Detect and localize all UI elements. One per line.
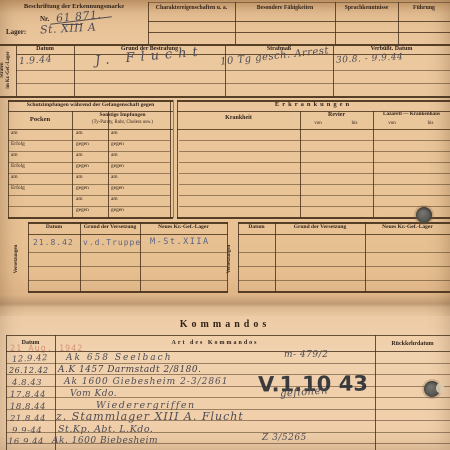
- kdo-row-datum: 9.9-44: [12, 427, 42, 436]
- overline-mark: [62, 24, 82, 25]
- vacc-cell: gegen: [111, 186, 161, 192]
- col-header-skills: Besondere Fähigkeiten: [235, 5, 335, 11]
- transfer-header-datum: Datum: [28, 224, 80, 230]
- col-revier-bis: bis: [336, 121, 373, 127]
- rule: [16, 83, 450, 84]
- punish-row-verbuesst: 30.8. - 9.9.44: [336, 53, 404, 66]
- rule: [6, 363, 450, 364]
- punish-header-datum: Datum: [16, 46, 74, 53]
- vacc-cell: gegen: [111, 208, 161, 214]
- rule: [179, 151, 450, 152]
- transfer-header-lager: Neues Kr.-Gef.-Lager: [140, 224, 227, 230]
- rule: [148, 2, 450, 3]
- vacc-cell: gegen: [111, 164, 161, 170]
- vacc-cell: gegen: [76, 164, 104, 170]
- scanned-pow-record-card: Beschriftung der Erkennungsmarke Nr. 61 …: [0, 0, 450, 450]
- vacc-cell: am: [11, 175, 61, 181]
- rule: [28, 266, 228, 267]
- vacc-cell: am: [76, 197, 104, 203]
- rule: [179, 162, 450, 163]
- kdo-row-datum: 26.12.42: [9, 367, 49, 375]
- col-header-traits: Charaktereigenschaften u. a.: [148, 5, 235, 11]
- transfer-header-lager-r: Neues Kr.-Gef.-Lager: [365, 224, 450, 230]
- illnesses-title: Erkrankungen: [177, 101, 450, 108]
- col-krankheit: Krankheit: [177, 115, 300, 122]
- col-header-conduct: Führung: [398, 5, 450, 11]
- transfer-header-grund-r: Grund der Versetzung: [275, 224, 365, 230]
- vacc-cell: am: [76, 175, 104, 181]
- rule: [8, 151, 170, 152]
- kommandos-title: Kommandos: [0, 319, 450, 330]
- punish-row-datum: 1.9.44: [19, 55, 53, 67]
- vacc-cell: am: [111, 153, 161, 159]
- vacc-cell: gegen: [76, 142, 104, 148]
- vacc-cell: am: [76, 153, 104, 159]
- vaccinations-title: Schutzimpfungen während der Gefangenscha…: [8, 102, 173, 108]
- rule: [148, 21, 450, 22]
- rule: [108, 111, 109, 218]
- vacc-cell: gegen: [76, 208, 104, 214]
- rule: [8, 140, 170, 141]
- rule: [140, 222, 141, 292]
- rule: [238, 222, 239, 292]
- rule: [365, 222, 366, 292]
- kdo-row-art: Ak. 1600 Biebesheim: [52, 437, 158, 446]
- col-lazarett: Lazarett — Krankenhaus: [373, 112, 450, 118]
- vacc-cell: am: [111, 197, 161, 203]
- rule: [72, 111, 73, 218]
- col-pocken: Pocken: [8, 116, 72, 123]
- kdo-row-art: z. Stammlager XIII A. Flucht: [56, 411, 244, 422]
- kdo-row-art: Ak 658 Seelbach: [66, 354, 173, 363]
- rule: [8, 206, 170, 207]
- rule: [179, 140, 450, 141]
- id-block-title: Beschriftung der Erkennungsmarke: [4, 3, 144, 10]
- col-header-languages: Sprachkenntnisse: [335, 5, 398, 11]
- kdo-row-note: Z 3/5265: [262, 434, 307, 443]
- rule: [28, 222, 29, 292]
- punishments-side-label: Strafen im Kr.-Gef.-Lager: [0, 44, 16, 96]
- kdo-row-datum: 4.8.43: [12, 379, 42, 388]
- col-lazarett-von: von: [373, 121, 411, 127]
- rule: [80, 222, 81, 292]
- punish-header-verbuesst: Verbüßt. Datum: [333, 46, 450, 53]
- kdo-row-datum: 21.8.44: [10, 415, 46, 424]
- rule: [179, 195, 450, 196]
- vacc-cell: am: [11, 153, 61, 159]
- paper-chip: [436, 383, 444, 393]
- rule: [275, 222, 276, 292]
- col-sonstige-sub: (Ty-Paraty, Ruhr, Cholera usw.): [72, 120, 173, 125]
- table-border: [177, 217, 450, 219]
- lager-label: Lager:: [6, 29, 26, 37]
- vacc-cell: gegen: [111, 142, 161, 148]
- rule: [300, 111, 301, 217]
- side-label-line2: im Kr.-Gef.-Lager: [6, 51, 11, 88]
- kdo-row-art: Vom Kdo.: [70, 390, 117, 399]
- rule: [28, 234, 228, 235]
- vacc-cell: am: [11, 131, 61, 137]
- vacc-cell: am: [111, 131, 161, 137]
- rule: [8, 111, 173, 112]
- rule: [28, 280, 228, 281]
- rule: [238, 252, 450, 253]
- rule: [173, 100, 174, 218]
- vacc-cell: Erfolg: [11, 186, 61, 192]
- rule: [179, 173, 450, 174]
- side-label-line1: Strafen: [0, 62, 5, 77]
- vacc-cell: am: [76, 131, 104, 137]
- rule: [8, 162, 170, 163]
- rule: [148, 32, 450, 33]
- col-lazarett-bis: bis: [411, 121, 450, 127]
- rule: [177, 129, 450, 130]
- rule: [8, 129, 173, 130]
- rule: [8, 195, 170, 196]
- rule: [238, 280, 450, 281]
- kdo-row-datum: 12.9.42: [12, 354, 48, 364]
- kdo-row-datum: 16.9.44: [8, 438, 44, 447]
- col-sonstige: Sonstige Impfungen: [72, 113, 173, 119]
- rule: [6, 335, 450, 336]
- table-border: [238, 291, 450, 293]
- transfers-side-label-left: Versetzungen: [14, 228, 27, 290]
- rule: [373, 111, 374, 217]
- rule: [8, 173, 170, 174]
- kdo-row-art: St.Kp. Abt. L.Kdo.: [58, 425, 153, 435]
- col-revier: Revier: [300, 112, 373, 119]
- rule: [238, 266, 450, 267]
- rule: [8, 184, 170, 185]
- vacc-cell: Erfolg: [11, 164, 61, 170]
- transfer-stamp-grund: v.d.Truppe: [83, 238, 141, 247]
- vacc-cell: Erfolg: [11, 142, 61, 148]
- kdo-row-datum: 18.8.44: [10, 403, 46, 412]
- rule: [179, 184, 450, 185]
- kdo-header-art: Art des Kommandos: [55, 340, 375, 347]
- rule: [28, 252, 228, 253]
- rule: [238, 234, 450, 235]
- vacc-cell: gegen: [76, 186, 104, 192]
- vacc-cell: am: [111, 175, 161, 181]
- table-border: [8, 217, 173, 219]
- rule: [179, 206, 450, 207]
- transfer-header-datum-r: Datum: [238, 224, 275, 230]
- transfer-header-grund: Grund der Versetzung: [80, 224, 140, 230]
- col-revier-von: von: [300, 121, 336, 127]
- kdo-row-art: Ak 1600 Giebesheim 2-3/2861: [64, 378, 229, 387]
- card-seam-shadow: [0, 294, 450, 316]
- kdo-row-datum: 17.8.44: [10, 391, 46, 400]
- punch-hole: [416, 207, 432, 223]
- rule: [16, 70, 450, 71]
- kdo-row-note: m- 479/2: [284, 351, 328, 360]
- kdo-row-art: A.K 1457 Darmstadt 2/8180.: [58, 366, 202, 375]
- table-border: [28, 291, 228, 293]
- transfer-stamp-lager: M-St.XIIA: [150, 237, 210, 247]
- transfer-stamp-datum: 21.8.42: [33, 238, 74, 247]
- section-border: [0, 96, 450, 98]
- kdo-header-rueckkehr: Rückkehrdatum: [375, 341, 450, 348]
